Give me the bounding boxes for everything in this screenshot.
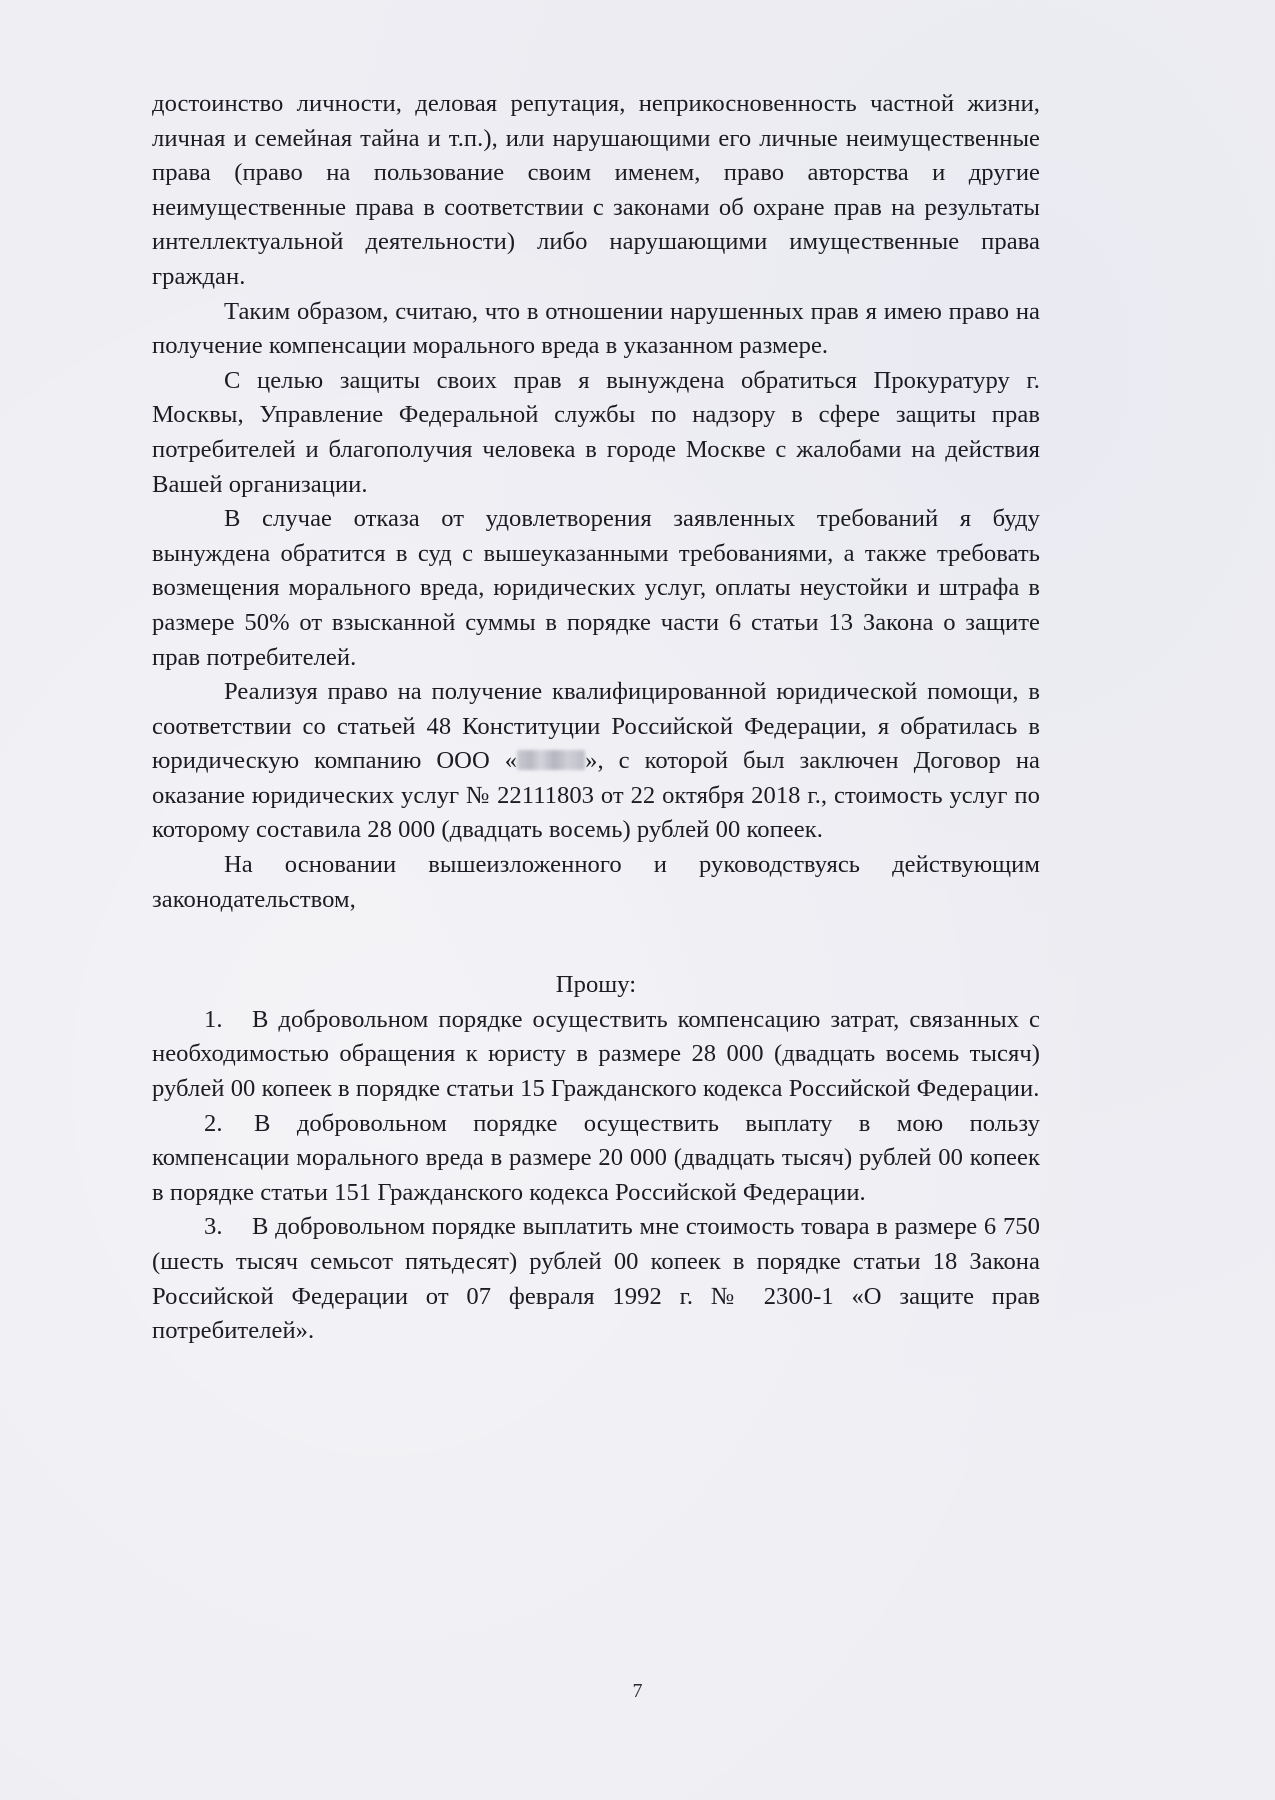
request-item-text: В добровольном порядке осуществить компе… (152, 1006, 1040, 1102)
document-body: достоинство личности, деловая репутация,… (152, 87, 1040, 1349)
request-item-number: 2. (204, 1107, 254, 1142)
redacted-company-name (517, 750, 585, 770)
request-item-text: В добровольном порядке выплатить мне сто… (152, 1213, 1040, 1344)
paragraph-legal-services: Реализуя право на получение квалифициров… (152, 675, 1040, 848)
request-item-2: 2.В добровольном порядке осуществить вып… (152, 1107, 1040, 1211)
request-heading: Прошу: (152, 968, 1040, 1003)
request-item-text: В добровольном порядке осуществить выпла… (152, 1110, 1040, 1206)
request-item-3: 3.В добровольном порядке выплатить мне с… (152, 1210, 1040, 1348)
paragraph-moral-damage-right: Таким образом, считаю, что в отношении н… (152, 295, 1040, 364)
scanned-page: достоинство личности, деловая репутация,… (0, 0, 1275, 1800)
page-number: 7 (0, 1680, 1275, 1703)
paragraph-continuation: достоинство личности, деловая репутация,… (152, 87, 1040, 295)
paragraph-complaints: С целью защиты своих прав я вынуждена об… (152, 364, 1040, 502)
request-item-number: 1. (204, 1003, 252, 1038)
paragraph-court-warning: В случае отказа от удовлетворения заявле… (152, 502, 1040, 675)
request-item-1: 1.В добровольном порядке осуществить ком… (152, 1003, 1040, 1107)
request-item-number: 3. (204, 1210, 252, 1245)
paragraph-based-on: На основании вышеизложенного и руководст… (152, 848, 1040, 917)
